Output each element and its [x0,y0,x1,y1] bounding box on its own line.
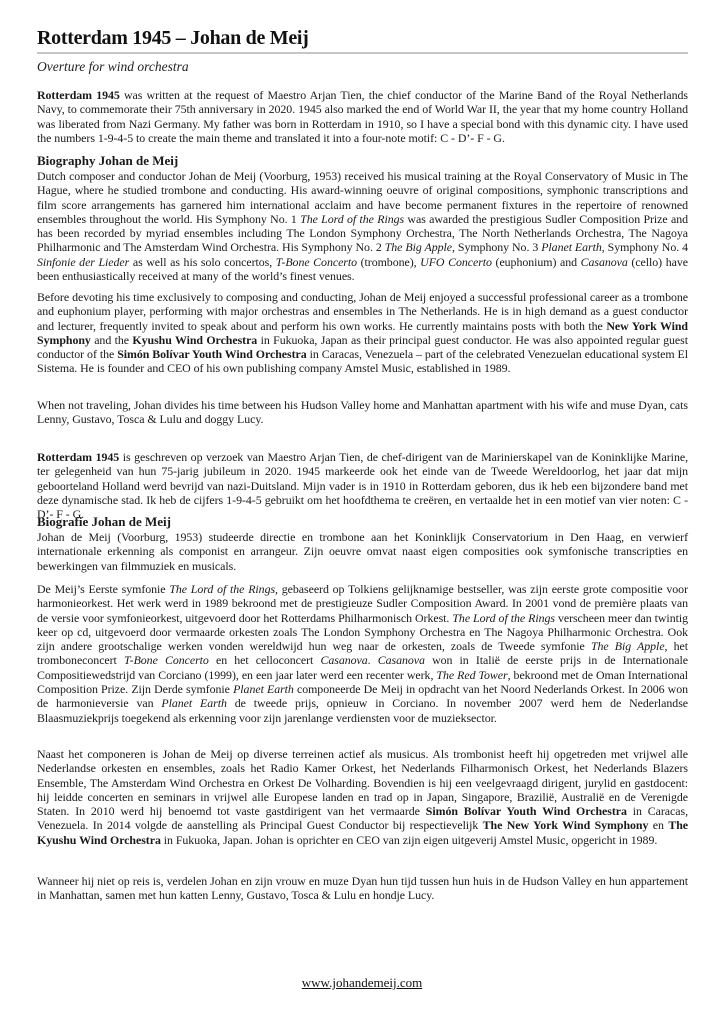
dutch-bio-paragraph-1: Johan de Meij (Voorburg, 1953) studeerde… [37,530,688,573]
english-intro-paragraph: Rotterdam 1945 was written at the reques… [37,88,688,145]
english-bio-paragraph-2: Before devoting his time exclusively to … [37,290,688,376]
website-link[interactable]: www.johandemeij.com [302,975,422,990]
dutch-bio-paragraph-2: De Meij’s Eerste symfonie The Lord of th… [37,582,688,725]
english-bio-paragraph-1: Dutch composer and conductor Johan de Me… [37,169,688,283]
footer: www.johandemeij.com [0,975,724,991]
dutch-bio-paragraph-3: Naast het componeren is Johan de Meij op… [37,747,688,847]
work-title-bold: Rotterdam 1945 [37,450,119,464]
dutch-bio-paragraph-4: Wanneer hij niet op reis is, verdelen Jo… [37,874,688,903]
biography-heading: Biography Johan de Meij [37,153,178,169]
biografie-heading: Biografie Johan de Meij [37,514,171,530]
dutch-intro-paragraph: Rotterdam 1945 is geschreven op verzoek … [37,450,688,521]
work-title-bold: Rotterdam 1945 [37,88,120,102]
english-bio-paragraph-3: When not traveling, Johan divides his ti… [37,398,688,427]
page-subtitle: Overture for wind orchestra [37,58,189,76]
page-title: Rotterdam 1945 – Johan de Meij [37,26,688,54]
